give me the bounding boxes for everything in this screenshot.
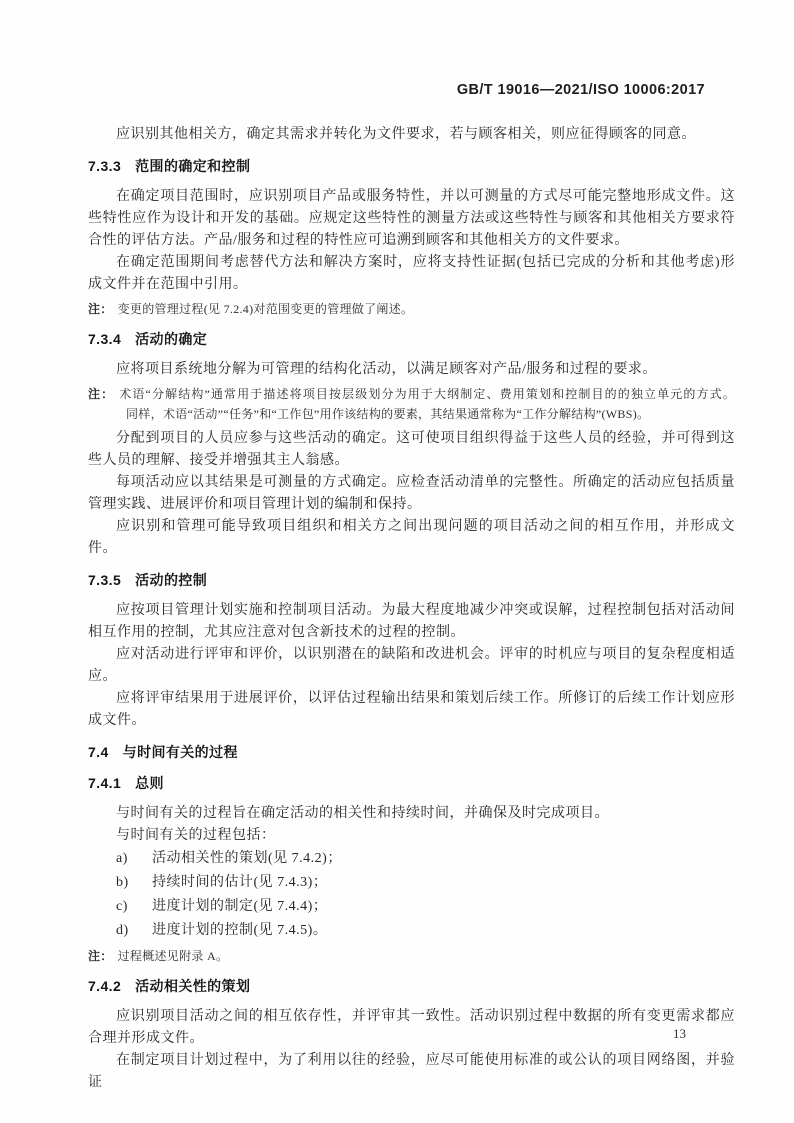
paragraph: 与时间有关的过程包括：: [88, 825, 735, 847]
paragraph: 应将评审结果用于进展评价，以评估过程输出结果和策划后续工作。所修订的后续工作计划…: [88, 688, 735, 732]
note-label: 注：: [88, 302, 113, 316]
paragraph: 应识别项目活动之间的相互依存性，并评审其一致性。活动识别过程中数据的所有变更需求…: [88, 1006, 735, 1050]
paragraph: 应识别和管理可能导致项目组织和相关方之间出现问题的项目活动之间的相互作用，并形成…: [88, 516, 735, 560]
heading-title: 活动的控制: [135, 572, 207, 588]
heading-title: 与时间有关的过程: [123, 744, 238, 760]
list-item-text: 进度计划的控制(见 7.4.5)。: [152, 923, 327, 938]
note-line: 同样，术语“活动”“任务”和“工作包”用作该结构的要素，其结果通常称为“工作分解…: [126, 404, 735, 424]
standard-number-header: GB/T 19016—2021/ISO 10006:2017: [88, 80, 735, 100]
paragraph: 应将项目系统地分解为可管理的结构化活动，以满足顾客对产品/服务和过程的要求。: [88, 359, 735, 381]
heading-number: 7.4.2: [88, 975, 121, 997]
paragraph: 在确定项目范围时，应识别项目产品或服务特性，并以可测量的方式尽可能完整地形成文件…: [88, 186, 735, 252]
heading-title: 活动的确定: [135, 331, 207, 347]
document-body: 应识别其他相关方，确定其需求并转化为文件要求，若与顾客相关，则应征得顾客的同意。…: [88, 124, 735, 1094]
paragraph: 应对活动进行评审和评价，以识别潜在的缺陷和改进机会。评审的时机应与项目的复杂程度…: [88, 644, 735, 688]
note-line: 注：过程概述见附录 A。: [126, 946, 735, 966]
document-page: GB/T 19016—2021/ISO 10006:2017 应识别其他相关方，…: [0, 0, 794, 1123]
list-item: b)持续时间的估计(见 7.4.3)；: [88, 871, 735, 895]
note-line: 注：术语“分解结构”通常用于描述将项目按层级划分为用于大纲制定、费用策划和控制目…: [126, 384, 735, 404]
section-heading: 7.3.3范围的确定和控制: [88, 155, 735, 177]
list-item: c)进度计划的制定(见 7.4.4)；: [88, 895, 735, 919]
paragraph: 每项活动应以其结果是可测量的方式确定。应检查活动清单的完整性。所确定的活动应包括…: [88, 472, 735, 516]
heading-title: 活动相关性的策划: [135, 978, 250, 994]
section-heading: 7.4与时间有关的过程: [88, 741, 735, 763]
heading-title: 总则: [135, 775, 164, 791]
note: 注：变更的管理过程(见 7.2.4)对范围变更的管理做了阐述。: [88, 299, 735, 319]
paragraph: 与时间有关的过程旨在确定活动的相关性和持续时间，并确保及时完成项目。: [88, 803, 735, 825]
heading-number: 7.3.5: [88, 569, 121, 591]
list-marker: b): [116, 871, 152, 895]
note-label: 注：: [88, 387, 114, 401]
list-item-text: 持续时间的估计(见 7.4.3)；: [152, 875, 327, 890]
note: 注：术语“分解结构”通常用于描述将项目按层级划分为用于大纲制定、费用策划和控制目…: [88, 384, 735, 424]
note-label: 注：: [88, 949, 113, 963]
paragraph: 分配到项目的人员应参与这些活动的确定。这可使项目组织得益于这些人员的经验，并可得…: [88, 428, 735, 472]
heading-number: 7.4: [88, 741, 109, 763]
note-line: 注：变更的管理过程(见 7.2.4)对范围变更的管理做了阐述。: [126, 299, 735, 319]
section-heading: 7.3.5活动的控制: [88, 569, 735, 591]
list-item: d)进度计划的控制(见 7.4.5)。: [88, 919, 735, 943]
paragraph: 在制定项目计划过程中，为了利用以往的经验，应尽可能使用标准的或公认的项目网络图，…: [88, 1050, 735, 1094]
list-item-text: 活动相关性的策划(见 7.4.2)；: [152, 851, 342, 866]
section-heading: 7.3.4活动的确定: [88, 328, 735, 350]
section-heading: 7.4.2活动相关性的策划: [88, 975, 735, 997]
list-item: a)活动相关性的策划(见 7.4.2)；: [88, 847, 735, 871]
paragraph: 应识别其他相关方，确定其需求并转化为文件要求，若与顾客相关，则应征得顾客的同意。: [88, 124, 735, 146]
heading-number: 7.3.4: [88, 328, 121, 350]
list-marker: c): [116, 895, 152, 919]
note: 注：过程概述见附录 A。: [88, 946, 735, 966]
heading-number: 7.3.3: [88, 155, 121, 177]
list-marker: d): [116, 919, 152, 943]
paragraph: 应按项目管理计划实施和控制项目活动。为最大程度地减少冲突或误解，过程控制包括对活…: [88, 600, 735, 644]
section-heading: 7.4.1总则: [88, 772, 735, 794]
heading-number: 7.4.1: [88, 772, 121, 794]
page-number: 13: [673, 1026, 686, 1042]
list-item-text: 进度计划的制定(见 7.4.4)；: [152, 899, 327, 914]
paragraph: 在确定范围期间考虑替代方法和解决方案时，应将支持性证据(包括已完成的分析和其他考…: [88, 252, 735, 296]
list-marker: a): [116, 847, 152, 871]
heading-title: 范围的确定和控制: [135, 158, 250, 174]
